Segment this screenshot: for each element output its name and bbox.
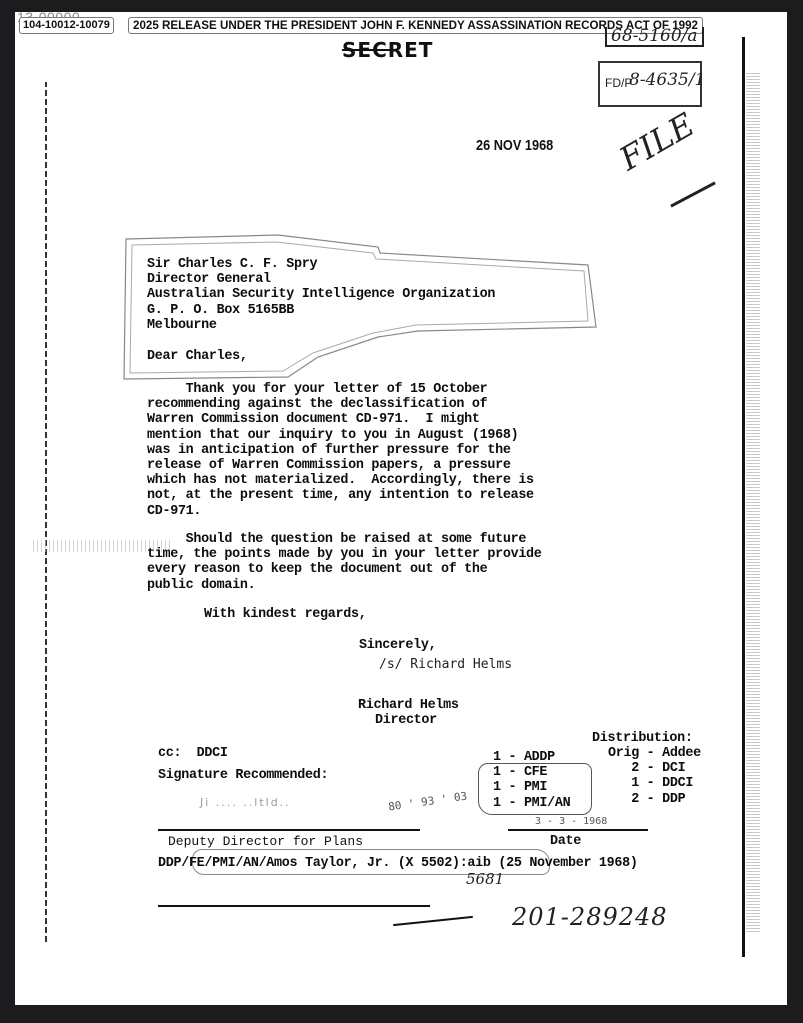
body-line: every reason to keep the document out of…: [147, 562, 542, 577]
body-line: time, the points made by you in your let…: [147, 547, 542, 562]
body-line: recommending against the declassificatio…: [147, 397, 534, 412]
body-line: not, at the present time, any intention …: [147, 488, 534, 503]
copy-entry: 1 - PMI: [493, 780, 570, 795]
cc-line: cc: DDCI: [158, 746, 228, 761]
date-label: Date: [550, 834, 581, 849]
signer-name: Richard Helms: [358, 698, 459, 713]
salutation: Dear Charles,: [147, 349, 248, 364]
signer-title: Director: [375, 713, 437, 728]
body-line: Thank you for your letter of 15 October: [147, 382, 534, 397]
date-line: [508, 829, 648, 831]
distribution-entry: 2 - DCI: [608, 761, 701, 776]
copy-entry: 1 - ADDP: [493, 750, 570, 765]
distribution-heading: Distribution:: [592, 731, 693, 746]
body-line: Warren Commission document CD-971. I mig…: [147, 412, 534, 427]
body-paragraph-2: Should the question be raised at some fu…: [147, 532, 542, 593]
sincerely: Sincerely,: [359, 638, 436, 653]
distribution-list: Orig - Addee 2 - DCI 1 - DDCI 2 - DDP: [608, 746, 701, 807]
address-line: G. P. O. Box 5165BB: [147, 303, 495, 318]
signature: /s/ Richard Helms: [379, 657, 512, 672]
scan-left-edge: [45, 82, 47, 942]
signature-line-label: Deputy Director for Plans: [168, 834, 363, 849]
copy-entry: 1 - CFE: [493, 765, 570, 780]
record-id-label: 104-10012-10079: [19, 17, 114, 34]
file-number: 201-289248: [512, 903, 668, 931]
distribution-entry: 2 - DDP: [608, 792, 701, 807]
originator-line: DDP/FE/PMI/AN/Amos Taylor, Jr. (X 5502):…: [158, 856, 638, 871]
address-line: Director General: [147, 272, 495, 287]
body-line: was in anticipation of further pressure …: [147, 443, 534, 458]
address-line: Melbourne: [147, 318, 495, 333]
reference-number-a: 68-5160/a: [605, 27, 704, 47]
reference-number-b: 8-4635/1: [629, 70, 705, 90]
copies-list: 1 - ADDP1 - CFE1 - PMI1 - PMI/AN: [493, 750, 570, 811]
distribution-entry: 1 - DDCI: [608, 776, 701, 791]
body-line: mention that our inquiry to you in Augus…: [147, 428, 534, 443]
body-line: CD-971.: [147, 504, 534, 519]
scan-right-shade: [746, 72, 760, 932]
date-stamp: 26 NOV 1968: [476, 137, 553, 154]
address-line: Sir Charles C. F. Spry: [147, 257, 495, 272]
body-paragraph-1: Thank you for your letter of 15 Octoberr…: [147, 382, 534, 519]
body-line: which has not materialized. Accordingly,…: [147, 473, 534, 488]
body-line: public domain.: [147, 578, 542, 593]
classification-marking: SECRET: [342, 38, 433, 62]
signature-line: [158, 829, 420, 831]
scan-right-edge: [742, 37, 745, 957]
closing: With kindest regards,: [204, 607, 366, 622]
address-line: Australian Security Intelligence Organiz…: [147, 287, 495, 302]
body-line: release of Warren Commission papers, a p…: [147, 458, 534, 473]
distribution-entry: Orig - Addee: [608, 746, 701, 761]
date-handwritten: 3 - 3 - 1968: [535, 816, 607, 827]
address-lines: Sir Charles C. F. SpryDirector GeneralAu…: [147, 257, 495, 333]
copy-entry: 1 - PMI/AN: [493, 796, 570, 811]
bottom-rule: [158, 905, 430, 907]
extension-note: 5681: [466, 870, 504, 888]
signature-recommended: Signature Recommended:: [158, 768, 328, 783]
signature-scribble: Ji .... ..ltld..: [200, 796, 291, 809]
body-line: Should the question be raised at some fu…: [147, 532, 542, 547]
